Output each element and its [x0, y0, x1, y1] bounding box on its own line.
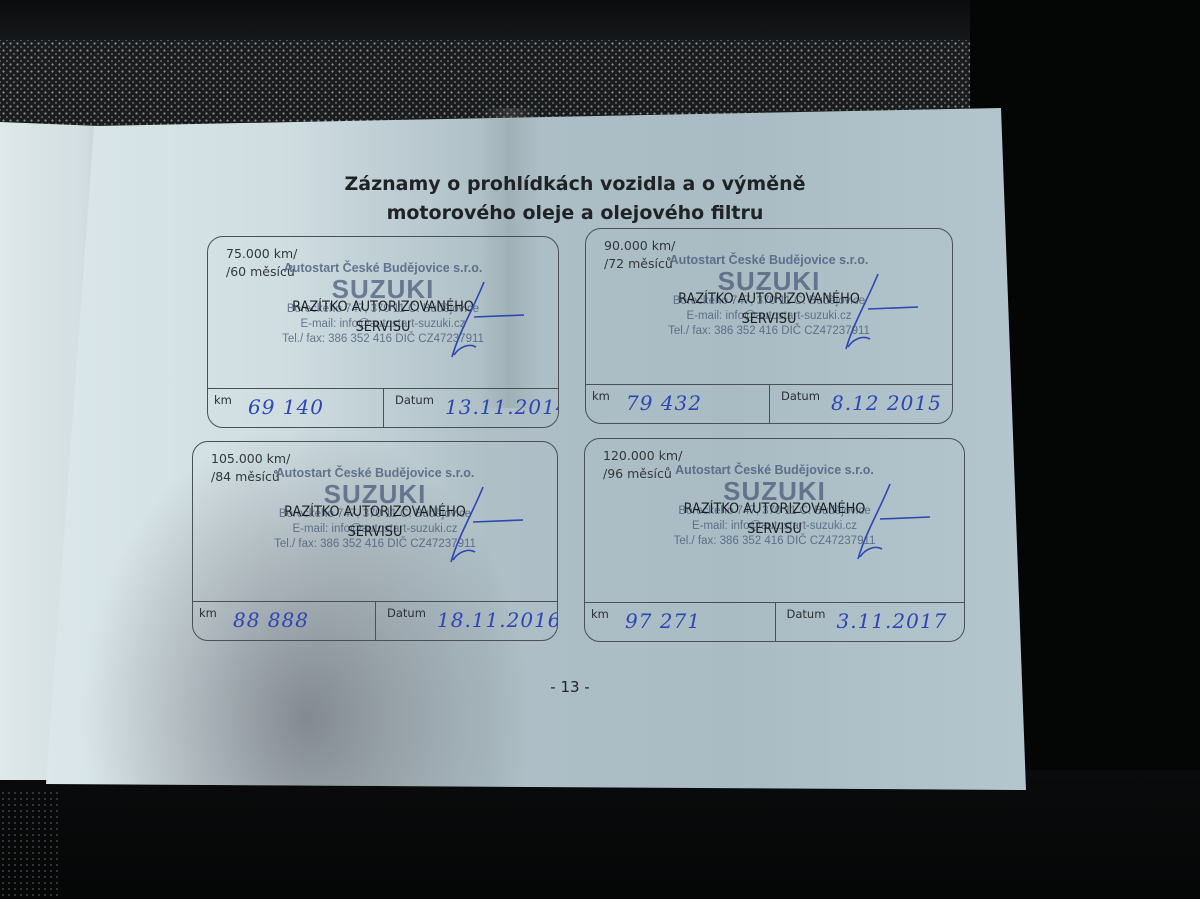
- car-seat-fabric-texture: [0, 790, 60, 899]
- redaction-line-1: RAZÍTKO AUTORIZOVANÉHO: [600, 499, 949, 519]
- date-value: 3.11.2017: [837, 609, 948, 633]
- redaction-line-1: RAZÍTKO AUTORIZOVANÉHO: [208, 502, 543, 522]
- stamp-redaction-label: RAZÍTKO AUTORIZOVANÉHO SERVISU: [208, 502, 543, 542]
- date-value: 13.11.2014: [445, 395, 559, 419]
- km-label: km: [592, 389, 610, 403]
- km-label: km: [591, 607, 609, 621]
- date-value: 18.11.2016: [437, 608, 558, 632]
- km-label: km: [199, 606, 217, 620]
- km-label: km: [214, 393, 232, 407]
- footer-divider: [375, 602, 376, 640]
- date-label: Datum: [781, 389, 820, 403]
- service-record: 75.000 km/ /60 měsíců Autostart České Bu…: [207, 236, 559, 428]
- km-value: 88 888: [233, 608, 309, 632]
- date-label: Datum: [387, 606, 426, 620]
- stamp-redaction-label: RAZÍTKO AUTORIZOVANÉHO SERVISU: [600, 499, 949, 539]
- footer-divider: [383, 389, 384, 427]
- record-footer: km 88 888 Datum 18.11.2016: [193, 601, 557, 640]
- redaction-line-1: RAZÍTKO AUTORIZOVANÉHO: [222, 297, 544, 317]
- title-line-1: Záznamy o prohlídkách vozidla a o výměně: [300, 170, 850, 199]
- km-value: 69 140: [248, 395, 324, 419]
- service-record: 120.000 km/ /96 měsíců Autostart České B…: [584, 438, 965, 642]
- redaction-line-2: SERVISU: [600, 519, 949, 539]
- service-record: 105.000 km/ /84 měsíců Autostart České B…: [192, 441, 558, 641]
- service-record: 90.000 km/ /72 měsíců Autostart České Bu…: [585, 228, 953, 424]
- record-footer: km 69 140 Datum 13.11.2014: [208, 388, 558, 427]
- title-line-2: motorového oleje a olejového filtru: [300, 199, 850, 228]
- date-value: 8.12 2015: [831, 391, 942, 415]
- footer-divider: [775, 603, 776, 641]
- km-value: 79 432: [626, 391, 702, 415]
- redaction-line-2: SERVISU: [208, 522, 543, 542]
- date-label: Datum: [787, 607, 826, 621]
- stamp-redaction-label: RAZÍTKO AUTORIZOVANÉHO SERVISU: [222, 297, 544, 337]
- stamp-redaction-label: RAZÍTKO AUTORIZOVANÉHO SERVISU: [601, 289, 938, 329]
- page-title: Záznamy o prohlídkách vozidla a o výměně…: [300, 170, 850, 228]
- record-footer: km 79 432 Datum 8.12 2015: [586, 384, 952, 423]
- record-footer: km 97 271 Datum 3.11.2017: [585, 602, 964, 641]
- redaction-line-2: SERVISU: [601, 309, 938, 329]
- date-label: Datum: [395, 393, 434, 407]
- footer-divider: [769, 385, 770, 423]
- redaction-line-1: RAZÍTKO AUTORIZOVANÉHO: [601, 289, 938, 309]
- km-value: 97 271: [625, 609, 701, 633]
- redaction-line-2: SERVISU: [222, 317, 544, 337]
- page-number: - 13 -: [530, 678, 610, 696]
